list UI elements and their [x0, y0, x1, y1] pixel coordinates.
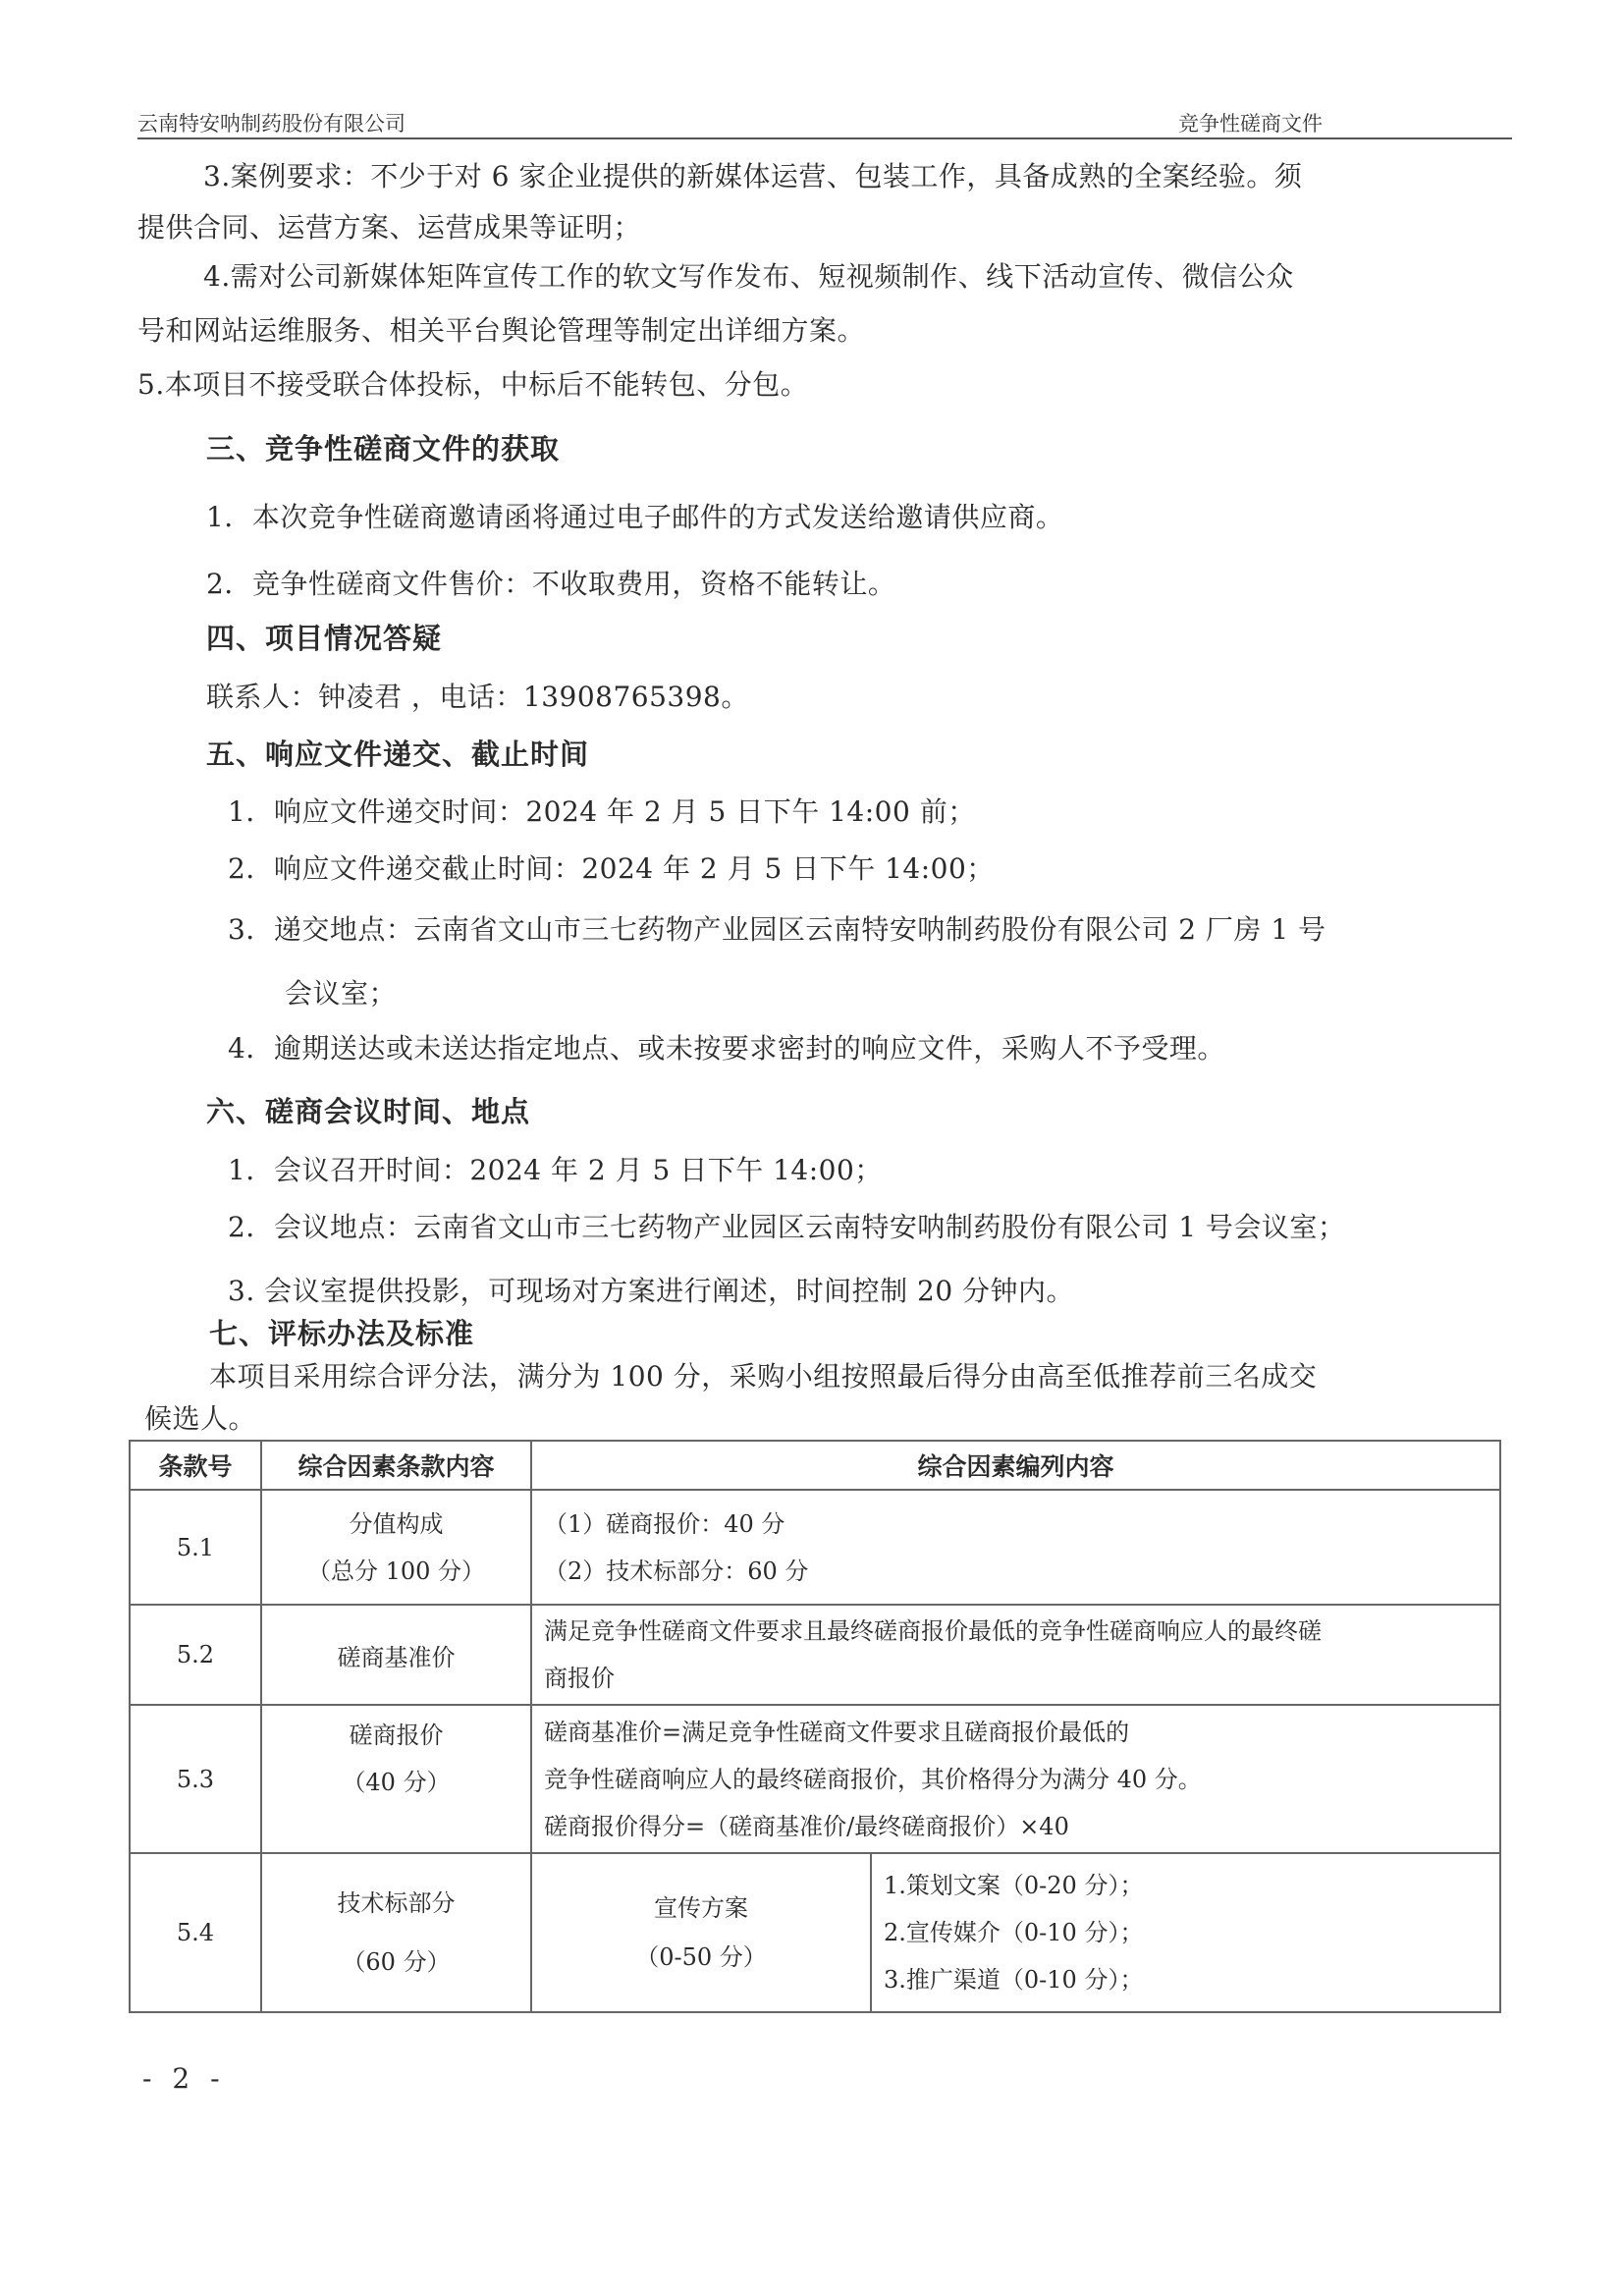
section-5-item-3-cont: 会议室；: [285, 977, 397, 1011]
factor-item: 磋商基准价: [261, 1605, 531, 1705]
factor-content-line: （1）磋商报价：40 分: [544, 1501, 1499, 1548]
factor-item: 技术标部分 （60 分）: [261, 1853, 531, 2012]
table-row: 5.2 磋商基准价 满足竞争性磋商文件要求且最终磋商报价最低的竞争性磋商响应人的…: [130, 1605, 1500, 1705]
factor-item-line2: （总分 100 分）: [262, 1548, 530, 1595]
factor-content-line: 3.推广渠道（0-10 分）；: [884, 1956, 1499, 2003]
table-row: 5.3 磋商报价 （40 分） 磋商基准价=满足竞争性磋商文件要求且磋商报价最低…: [130, 1705, 1500, 1853]
factor-content-line: 磋商报价得分=（磋商基准价/最终磋商报价）×40: [544, 1803, 1499, 1850]
clause-no: 5.1: [130, 1490, 261, 1605]
section-6-title: 六、磋商会议时间、地点: [206, 1095, 530, 1128]
factor-sub-item-line1: 宣传方案: [532, 1884, 870, 1933]
factor-sub-item-line2: （0-50 分）: [532, 1933, 870, 1982]
column-header-clause-no: 条款号: [130, 1441, 261, 1490]
column-header-factor-content: 综合因素编列内容: [531, 1441, 1500, 1490]
clause-no: 5.2: [130, 1605, 261, 1705]
table-row: 5.4 技术标部分 （60 分） 宣传方案 （0-50 分） 1.策划文案（0-…: [130, 1853, 1500, 2012]
clause-no: 5.4: [130, 1853, 261, 2012]
factor-content: 磋商基准价=满足竞争性磋商文件要求且磋商报价最低的 竞争性磋商响应人的最终磋商报…: [531, 1705, 1500, 1853]
factor-content-line: （2）技术标部分：60 分: [544, 1548, 1499, 1595]
factor-item-line1: 技术标部分: [262, 1874, 530, 1933]
section-7-title: 七、评标办法及标准: [209, 1317, 474, 1350]
factor-content-line: 磋商基准价=满足竞争性磋商文件要求且磋商报价最低的: [544, 1709, 1499, 1756]
factor-content: （1）磋商报价：40 分 （2）技术标部分：60 分: [531, 1490, 1500, 1605]
factor-content-line: 2.宣传媒介（0-10 分）；: [884, 1909, 1499, 1956]
factor-content-line: 1.策划文案（0-20 分）；: [884, 1862, 1499, 1909]
section-4-contact: 联系人：钟凌君 ，电话：13908765398。: [206, 681, 749, 714]
page-number: - 2 -: [142, 2062, 226, 2095]
factor-item-line2: （60 分）: [262, 1933, 530, 1992]
column-header-factor-item: 综合因素条款内容: [261, 1441, 531, 1490]
section-7-para-line1: 本项目采用综合评分法，满分为 100 分，采购小组按照最后得分由高至低推荐前三名…: [209, 1360, 1317, 1394]
clause-no: 5.3: [130, 1705, 261, 1853]
section-5-item-2: 2．响应文件递交截止时间：2024 年 2 月 5 日下午 14:00；: [228, 852, 995, 886]
factor-content: 满足竞争性磋商文件要求且最终磋商报价最低的竞争性磋商响应人的最终磋 商报价: [531, 1605, 1500, 1705]
section-6-item-3: 3. 会议室提供投影，可现场对方案进行阐述，时间控制 20 分钟内。: [228, 1275, 1074, 1308]
factor-item: 磋商报价 （40 分）: [261, 1705, 531, 1853]
section-7-para-line2: 候选人。: [144, 1402, 256, 1436]
factor-content-line: 满足竞争性磋商文件要求且最终磋商报价最低的竞争性磋商响应人的最终磋: [544, 1608, 1499, 1655]
header-divider: [137, 137, 1512, 139]
section-5-item-1: 1．响应文件递交时间：2024 年 2 月 5 日下午 14:00 前；: [228, 795, 976, 829]
section-5-item-4: 4．逾期送达或未送达指定地点、或未按要求密封的响应文件，采购人不予受理。: [228, 1032, 1225, 1066]
intro-item-4-line1: 4.需对公司新媒体矩阵宣传工作的软文写作发布、短视频制作、线下活动宣传、微信公众: [203, 260, 1294, 294]
factor-content-line: 竞争性磋商响应人的最终磋商报价，其价格得分为满分 40 分。: [544, 1756, 1499, 1803]
factor-content-line: 商报价: [544, 1655, 1499, 1702]
factor-content: 1.策划文案（0-20 分）； 2.宣传媒介（0-10 分）； 3.推广渠道（0…: [871, 1853, 1500, 2012]
intro-item-4-line2: 号和网站运维服务、相关平台舆论管理等制定出详细方案。: [137, 314, 865, 348]
factor-sub-item: 宣传方案 （0-50 分）: [531, 1853, 871, 2012]
header-document-title: 竞争性磋商文件: [1178, 108, 1323, 137]
section-3-item-2: 2．竞争性磋商文件售价：不收取费用，资格不能转让。: [206, 568, 895, 601]
section-3-title: 三、竞争性磋商文件的获取: [206, 432, 560, 465]
section-6-item-1: 1．会议召开时间：2024 年 2 月 5 日下午 14:00；: [228, 1154, 883, 1187]
section-6-item-2: 2．会议地点：云南省文山市三七药物产业园区云南特安呐制药股份有限公司 1 号会议…: [228, 1211, 1345, 1244]
section-3-item-1: 1．本次竞争性磋商邀请函将通过电子邮件的方式发送给邀请供应商。: [206, 501, 1063, 534]
table-header-row: 条款号 综合因素条款内容 综合因素编列内容: [130, 1441, 1500, 1490]
section-5-item-3: 3．递交地点：云南省文山市三七药物产业园区云南特安呐制药股份有限公司 2 厂房 …: [228, 913, 1326, 947]
section-4-title: 四、项目情况答疑: [206, 622, 442, 655]
header-company-name: 云南特安呐制药股份有限公司: [137, 108, 406, 137]
factor-item: 分值构成 （总分 100 分）: [261, 1490, 531, 1605]
section-5-title: 五、响应文件递交、截止时间: [206, 738, 589, 771]
scoring-table: 条款号 综合因素条款内容 综合因素编列内容 5.1 分值构成 （总分 100 分…: [129, 1440, 1501, 2013]
factor-item-line2: （40 分）: [262, 1759, 530, 1806]
intro-item-3-line1: 3.案例要求：不少于对 6 家企业提供的新媒体运营、包装工作，具备成熟的全案经验…: [203, 160, 1302, 193]
intro-item-5: 5.本项目不接受联合体投标，中标后不能转包、分包。: [137, 368, 808, 402]
factor-item-line1: 磋商报价: [262, 1712, 530, 1759]
table-row: 5.1 分值构成 （总分 100 分） （1）磋商报价：40 分 （2）技术标部…: [130, 1490, 1500, 1605]
intro-item-3-line2: 提供合同、运营方案、运营成果等证明；: [137, 211, 641, 245]
factor-item-line1: 分值构成: [262, 1501, 530, 1548]
